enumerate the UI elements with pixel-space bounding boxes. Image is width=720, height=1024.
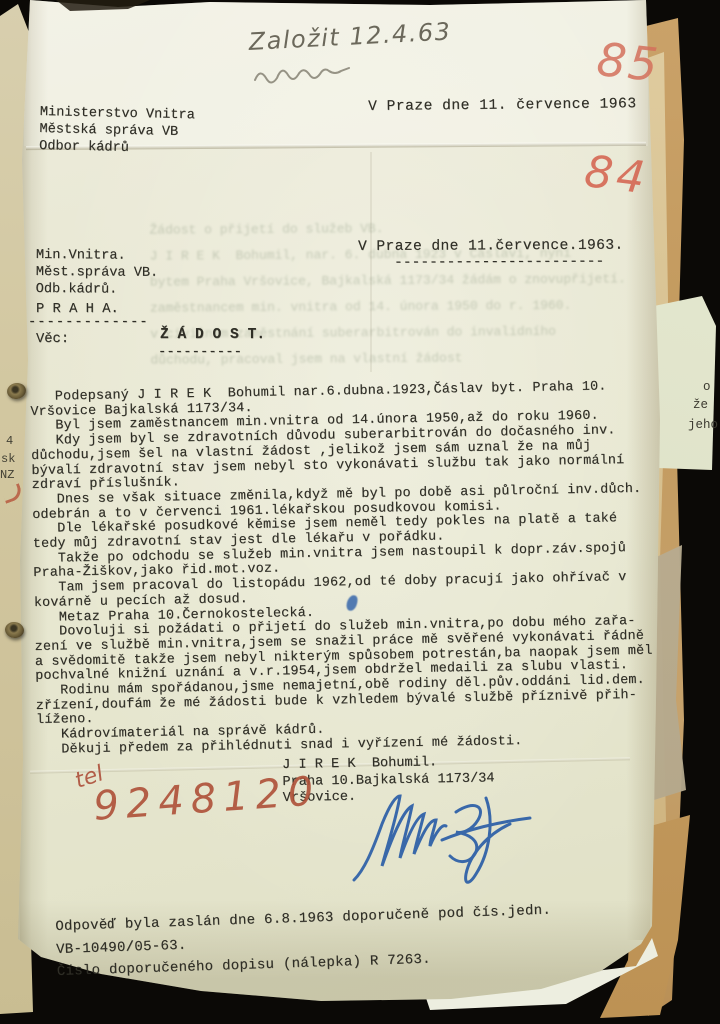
corner-fragment: že	[693, 398, 708, 412]
letterhead-block: Ministerstvo Vnitra Městská správa VB Od…	[39, 104, 195, 158]
letter-body: Podepsaný J I R E K Bohumil nar.6.dubna.…	[30, 380, 654, 759]
letterhead-date: V Praze dne 11. července 1963	[368, 96, 637, 115]
subject-label: Věc:	[36, 332, 69, 347]
corner-fragment: jeho	[688, 418, 718, 432]
folio-number-main: 84	[582, 146, 652, 204]
margin-fragment: sk	[1, 452, 15, 466]
subject-underline: ----------	[158, 344, 242, 360]
date-underline: ------------------------	[394, 254, 604, 271]
subject-title: Ž Á D O S T.	[160, 327, 265, 343]
folio-number-top: 85	[594, 32, 662, 92]
corner-fragment: o	[703, 380, 711, 394]
document-scan: 4 sk NZ o že jeho Žádost o přijetí do sl…	[0, 0, 720, 1024]
margin-fragment: NZ	[0, 468, 14, 482]
addressee-block: Min.Vnitra. Měst.správa VB. Odb.kádrů.	[36, 247, 159, 299]
margin-fragment: 4	[6, 434, 13, 448]
city-underline: -------------	[28, 315, 149, 330]
ink-signature-icon	[350, 772, 540, 892]
pencil-scribble-icon	[252, 62, 364, 90]
letter-date: V Praze dne 11.července.1963.	[358, 238, 624, 255]
